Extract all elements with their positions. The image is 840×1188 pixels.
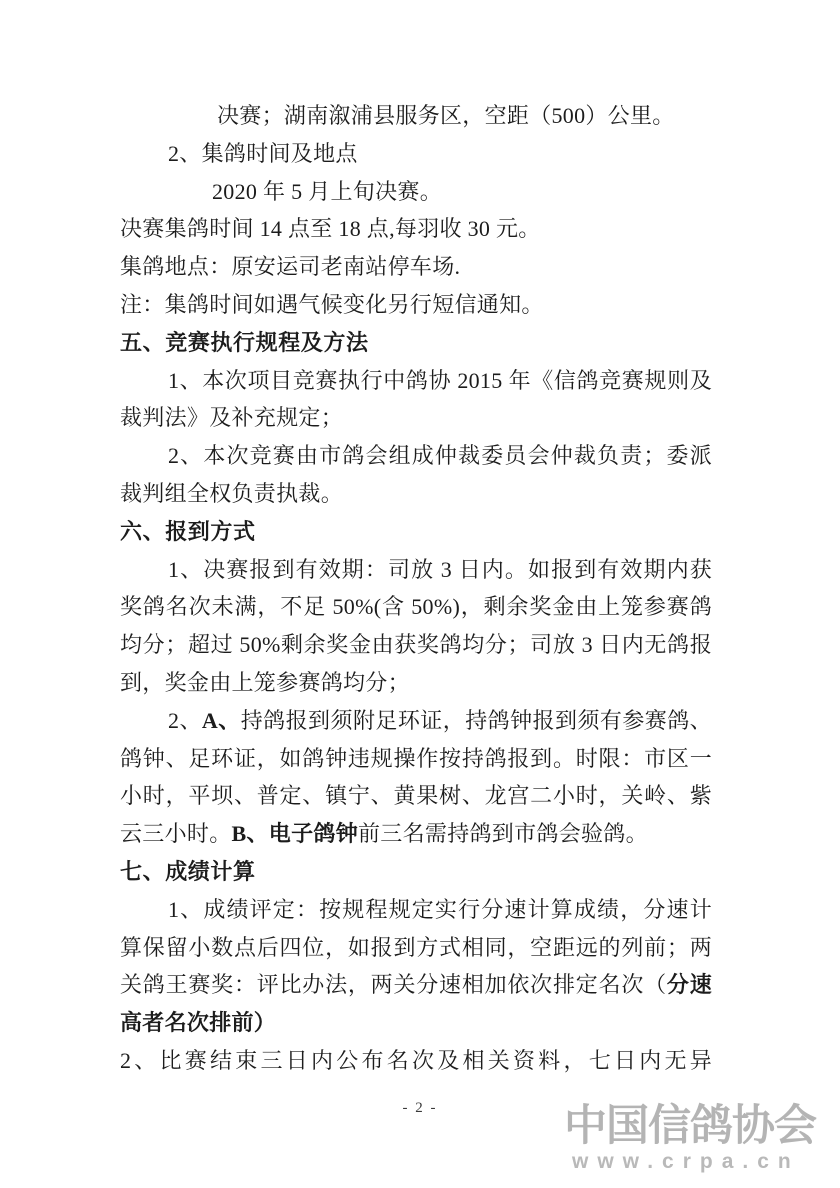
text-line: 2、比赛结束三日内公布名次及相关资料，七日内无异 (120, 1042, 712, 1080)
text-line: 云三小时。B、电子鸽钟前三名需持鸽到市鸽会验鸽。 (120, 815, 712, 853)
text-line: 2、本次竞赛由市鸽会组成仲裁委员会仲裁负责；委派 (120, 437, 712, 475)
text-line: 1、决赛报到有效期：司放 3 日内。如报到有效期内获 (120, 551, 712, 589)
text-line: 到，奖金由上笼参赛鸽均分； (120, 664, 712, 702)
text-line: 关鸽王赛奖：评比办法，两关分速相加依次排定名次（分速 (120, 966, 712, 1004)
section-heading-5: 五、竞赛执行规程及方法 (120, 324, 712, 362)
text-line: 奖鸽名次未满，不足 50%(含 50%)，剩余奖金由上笼参赛鸽 (120, 588, 712, 626)
text-line: 决赛；湖南溆浦县服务区，空距（500）公里。 (120, 97, 712, 135)
text-line: 注：集鸽时间如遇气候变化另行短信通知。 (120, 286, 712, 324)
text-line: 均分；超过 50%剩余奖金由获奖鸽均分；司放 3 日内无鸽报 (120, 626, 712, 664)
text-segment-bold: A、 (202, 708, 241, 733)
text-segment: 2、 (168, 708, 202, 733)
text-line: 小时，平坝、普定、镇宁、黄果树、龙宫二小时，关岭、紫 (120, 777, 712, 815)
text-line: 裁判组全权负责执裁。 (120, 475, 712, 513)
text-segment: 云三小时。 (120, 821, 232, 846)
text-line: 1、本次项目竞赛执行中鸽协 2015 年《信鸽竞赛规则及 (120, 362, 712, 400)
watermark-website: www.crpa.cn (572, 1150, 800, 1174)
text-line: 1、成绩评定：按规程规定实行分速计算成绩，分速计 (120, 891, 712, 929)
text-line: 裁判法》及补充规定； (120, 399, 712, 437)
text-line: 2020 年 5 月上旬决赛。 (120, 173, 712, 211)
text-line: 算保留小数点后四位，如报到方式相同，空距远的列前；两 (120, 929, 712, 967)
text-segment: 前三名需持鸽到市鸽会验鸽。 (358, 821, 648, 846)
text-line: 集鸽地点：原安运司老南站停车场. (120, 248, 712, 286)
document-page: 决赛；湖南溆浦县服务区，空距（500）公里。 2、集鸽时间及地点 2020 年 … (0, 0, 840, 1188)
text-line: 决赛集鸽时间 14 点至 18 点,每羽收 30 元。 (120, 210, 712, 248)
document-body: 决赛；湖南溆浦县服务区，空距（500）公里。 2、集鸽时间及地点 2020 年 … (120, 97, 712, 1080)
text-segment-bold: B、电子鸽钟 (232, 821, 358, 846)
text-segment: 持鸽报到须附足环证，持鸽钟报到须有参赛鸽、 (241, 708, 712, 733)
text-line: 2、集鸽时间及地点 (120, 135, 712, 173)
section-heading-7: 七、成绩计算 (120, 853, 712, 891)
text-line: 2、A、持鸽报到须附足环证，持鸽钟报到须有参赛鸽、 (120, 702, 712, 740)
text-segment-bold: 分速 (667, 972, 712, 997)
watermark-org-name: 中国信鸽协会 (564, 1102, 816, 1150)
text-line: 高者名次排前） (120, 1004, 712, 1042)
text-line: 鸽钟、足环证，如鸽钟违规操作按持鸽报到。时限：市区一 (120, 740, 712, 778)
section-heading-6: 六、报到方式 (120, 513, 712, 551)
text-segment: 关鸽王赛奖：评比办法，两关分速相加依次排定名次（ (120, 972, 667, 997)
